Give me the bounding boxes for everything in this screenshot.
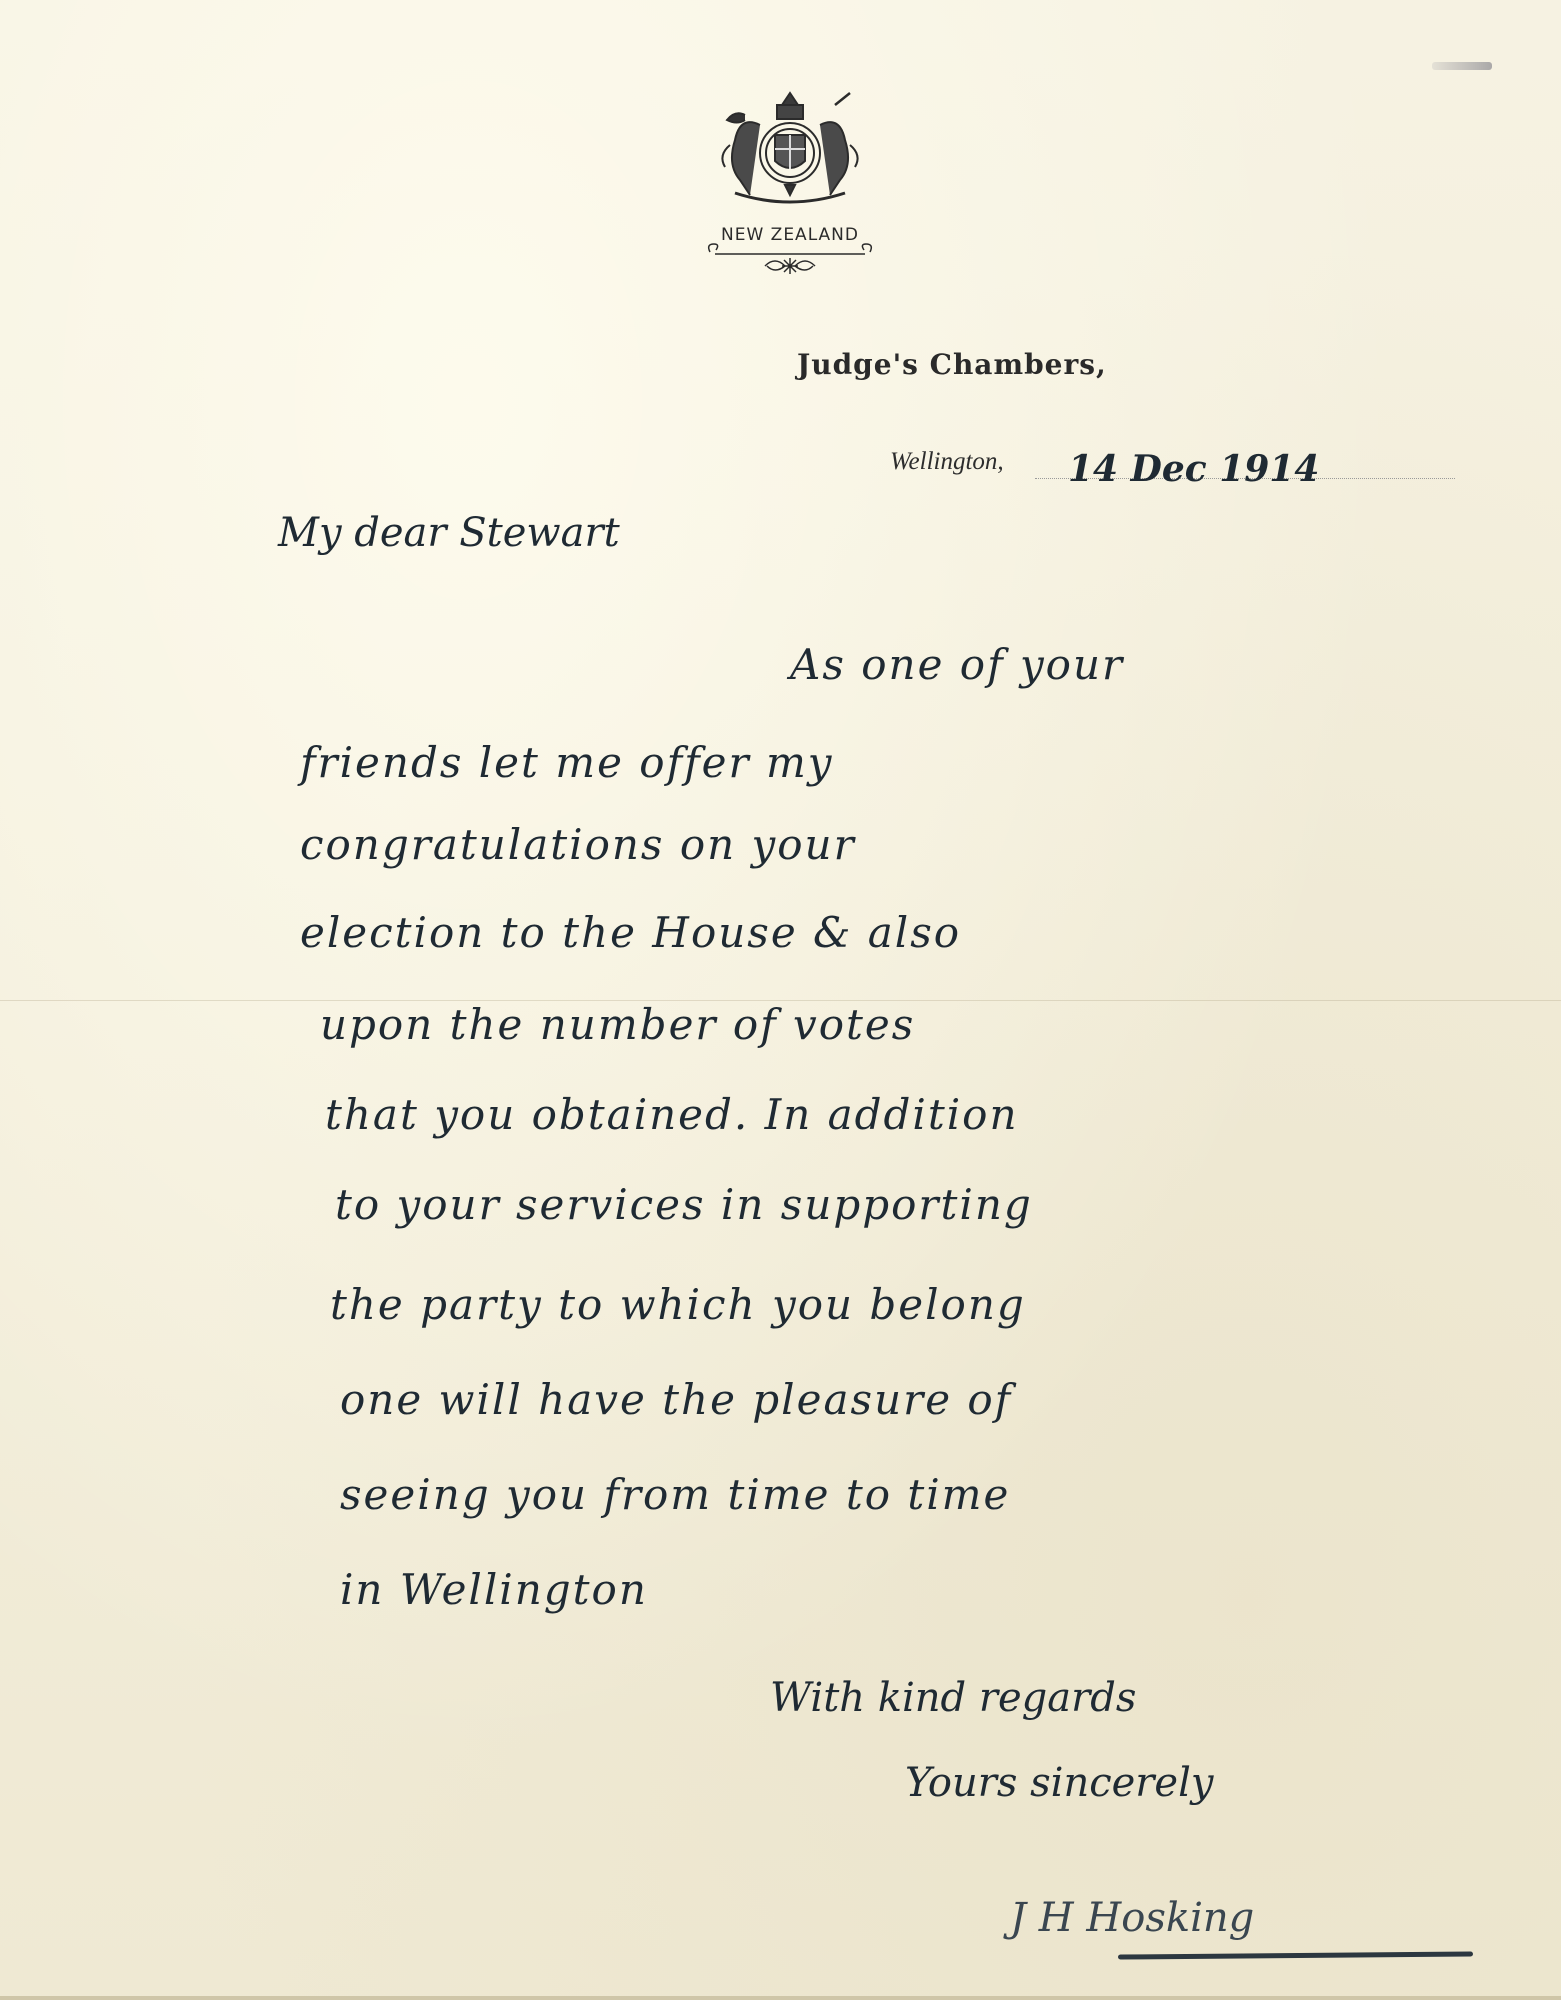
royal-coat-of-arms-icon — [705, 85, 875, 225]
body-line: the party to which you belong — [330, 1280, 1026, 1329]
paper-edge — [0, 1996, 1561, 2000]
ink-smudge — [1432, 62, 1492, 70]
body-line: one will have the pleasure of — [340, 1375, 1012, 1424]
body-line: that you obtained. In addition — [325, 1090, 1019, 1139]
body-line: friends let me offer my — [300, 738, 834, 787]
ornament-flourish-icon — [705, 240, 875, 280]
letterhead-crest: NEW ZEALAND — [690, 85, 890, 275]
body-line: to your services in supporting — [335, 1180, 1033, 1229]
body-line: As one of your — [790, 640, 1124, 689]
closing-regards: With kind regards — [770, 1675, 1136, 1721]
signature: J H Hosking — [1010, 1895, 1254, 1941]
body-line: seeing you from time to time — [340, 1470, 1010, 1519]
letter-date: 14 Dec 1914 — [1068, 448, 1319, 490]
body-line: in Wellington — [340, 1565, 648, 1614]
office-heading: Judge's Chambers, — [797, 348, 1107, 381]
body-line: election to the House & also — [300, 908, 961, 957]
salutation: My dear Stewart — [278, 510, 620, 556]
closing-sincerely: Yours sincerely — [905, 1760, 1213, 1806]
body-line: upon the number of votes — [320, 1000, 915, 1049]
place-label: Wellington, — [890, 448, 1004, 476]
body-line: congratulations on your — [300, 820, 856, 869]
